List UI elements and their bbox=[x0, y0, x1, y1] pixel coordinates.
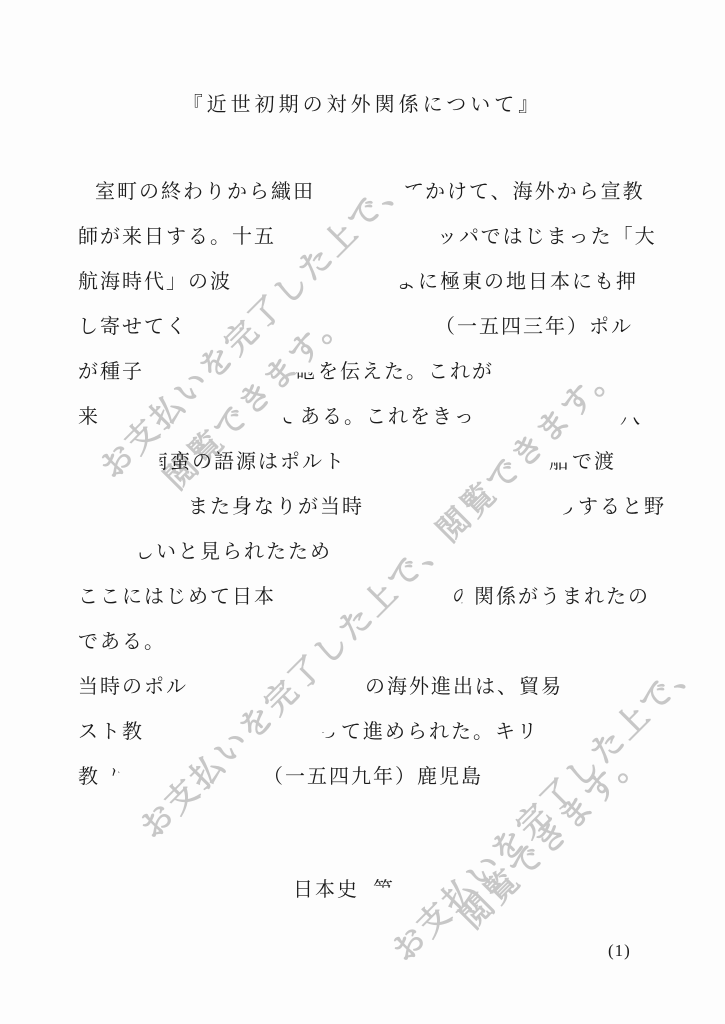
page-number: (1) bbox=[608, 941, 631, 961]
text-segment: て進められた。キリ bbox=[341, 720, 539, 744]
text-segment: ッパではじまった「大 bbox=[437, 225, 657, 249]
text-segment: かけて、海外から宣教 bbox=[425, 180, 645, 204]
text-segment: また身なりが当時 bbox=[188, 495, 364, 519]
text-segment: スト教 bbox=[78, 720, 144, 744]
text-segment: 航海時代」の波 bbox=[78, 270, 232, 294]
text-segment: ある。これをきっ bbox=[300, 405, 476, 429]
page-title: 『近世初期の対外関係について』 bbox=[0, 88, 725, 117]
text-segment: し寄せてく bbox=[78, 315, 188, 339]
scanned-document-page: お支払いを完了した上で、閲覧できます。お支払いを完了した上で、閲覧できます。お支… bbox=[0, 0, 725, 1024]
text-segment: が種子 bbox=[78, 360, 144, 384]
text-segment: う bbox=[557, 495, 579, 519]
text-segment: 室町の終わりから織田 bbox=[95, 180, 315, 204]
text-segment: の bbox=[452, 585, 474, 609]
text-segment: （一五四三年）ポル bbox=[435, 315, 633, 339]
text-segment: いと見られたため bbox=[156, 540, 332, 564]
text-segment: は bbox=[110, 765, 132, 789]
text-segment: 第 bbox=[373, 878, 395, 902]
text-segment: し bbox=[134, 540, 156, 564]
text-segment: 当時のポル bbox=[78, 675, 188, 699]
text-segment: っ bbox=[318, 720, 340, 744]
text-segment: を伝えた。これが bbox=[318, 360, 494, 384]
text-segment: 関係がうまれたの bbox=[474, 585, 650, 609]
text-segment: （一五四九年）鹿児島 bbox=[263, 765, 483, 789]
text-segment: に極東の地日本にも押 bbox=[418, 270, 638, 294]
text-segment: 師が来日する。十五 bbox=[78, 225, 276, 249]
text-segment: ここにはじめて日本 bbox=[78, 585, 276, 609]
text-segment: である。 bbox=[78, 630, 166, 654]
text-segment: 八 bbox=[620, 405, 642, 429]
text-segment: 日本史 bbox=[293, 878, 359, 902]
text-segment: 蛮の語源はポルト bbox=[170, 450, 346, 474]
text-segment: で bbox=[276, 405, 298, 429]
text-segment: 教 bbox=[78, 765, 100, 789]
text-segment: よ bbox=[396, 270, 418, 294]
text-segment: の海外進出は、貿易 bbox=[365, 675, 563, 699]
text-segment: で渡 bbox=[572, 450, 616, 474]
text-segment: 来 bbox=[78, 405, 100, 429]
text-segment: すると野 bbox=[578, 495, 666, 519]
